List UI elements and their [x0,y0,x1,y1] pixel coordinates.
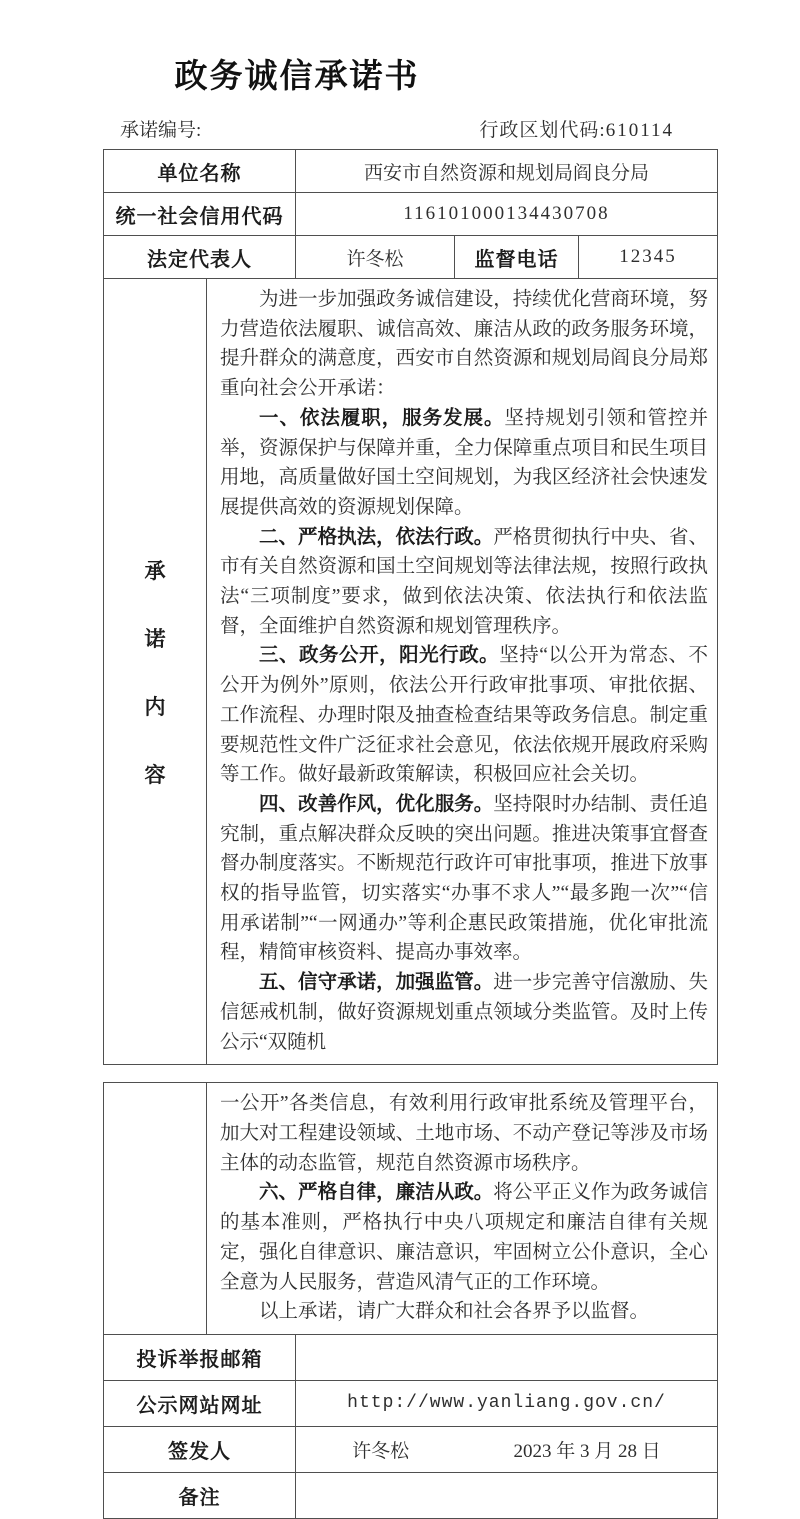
commitment-vertical-label-empty [104,1083,207,1334]
section-paragraph-1: 一、依法履职，服务发展。坚持规划引领和管控并举，资源保护与保障并重，全力保障重点… [220,404,708,523]
commitment-block-page1: 承 诺 内 容 为进一步加强政务诚信建设，持续优化营商环境，努力营造依法履职、诚… [103,278,718,1065]
vertical-label-char: 容 [145,759,166,789]
credit-code-label: 统一社会信用代码 [104,193,295,235]
admin-code: 行政区划代码:610114 [479,115,674,142]
section-paragraph-3: 三、政务公开，阳光行政。坚持“以公开为常态、不公开为例外”原则，依法公开行政审批… [220,641,708,790]
section-paragraph-4: 四、改善作风，优化服务。坚持限时办结制、责任追究制，重点解决群众反映的突出问题。… [220,790,708,968]
footer-table: 投诉举报邮箱 公示网站网址 http://www.yanliang.gov.cn… [103,1334,718,1519]
complaint-email-label: 投诉举报邮箱 [104,1335,295,1380]
page-title: 政务诚信承诺书 [0,0,697,97]
commitment-vertical-label: 承 诺 内 容 [104,279,207,1064]
section-heading-4: 四、改善作风，优化服务。 [259,794,493,815]
complaint-email-value [295,1335,717,1380]
commitment-block-page2: 一公开”各类信息，有效利用行政审批系统及管理平台，加大对工程建设领域、土地市场、… [103,1082,718,1335]
document-sheet: 承诺编号: 行政区划代码:610114 单位名称 西安市自然资源和规划局阎良分局… [103,115,718,1519]
unit-name-label: 单位名称 [104,150,295,192]
promise-number-label: 承诺编号: [120,115,201,142]
row-signer: 签发人 许冬松 2023 年 3 月 28 日 [104,1426,717,1472]
website-label: 公示网站网址 [104,1381,295,1426]
row-unit-name: 单位名称 西安市自然资源和规划局阎良分局 [104,150,717,192]
signer-name: 许冬松 [352,1436,409,1463]
commitment-content-page2: 一公开”各类信息，有效利用行政审批系统及管理平台，加大对工程建设领域、土地市场、… [207,1083,717,1334]
continuation-paragraph: 一公开”各类信息，有效利用行政审批系统及管理平台，加大对工程建设领域、土地市场、… [220,1089,708,1178]
meta-row: 承诺编号: 行政区划代码:610114 [103,115,718,142]
signer-value-cell: 许冬松 2023 年 3 月 28 日 [295,1427,717,1472]
admin-code-value: 610114 [606,120,674,141]
remarks-label: 备注 [104,1473,295,1518]
row-legal-rep: 法定代表人 许冬松 监督电话 12345 [104,235,717,278]
vertical-label-char: 诺 [145,623,166,653]
info-table: 单位名称 西安市自然资源和规划局阎良分局 统一社会信用代码 1161010001… [103,149,718,279]
website-value: http://www.yanliang.gov.cn/ [295,1381,717,1426]
row-credit-code: 统一社会信用代码 116101000134430708 [104,192,717,235]
closing-paragraph: 以上承诺，请广大群众和社会各界予以监督。 [220,1297,708,1327]
supervise-phone-value: 12345 [578,236,717,278]
signer-label: 签发人 [104,1427,295,1472]
section-heading-1: 一、依法履职，服务发展。 [259,408,504,429]
row-remarks: 备注 [104,1472,717,1518]
intro-paragraph: 为进一步加强政务诚信建设，持续优化营商环境，努力营造依法履职、诚信高效、廉洁从政… [220,285,708,404]
vertical-label-char: 承 [145,555,166,585]
section-paragraph-2: 二、严格执法，依法行政。严格贯彻执行中央、省、市有关自然资源和国土空间规划等法律… [220,523,708,642]
row-website: 公示网站网址 http://www.yanliang.gov.cn/ [104,1380,717,1426]
section-heading-5: 五、信守承诺，加强监管。 [259,972,493,993]
section-heading-3: 三、政务公开，阳光行政。 [259,645,499,666]
section-paragraph-5: 五、信守承诺，加强监管。进一步完善守信激励、失信惩戒机制，做好资源规划重点领域分… [220,968,708,1057]
legal-rep-label: 法定代表人 [104,236,295,278]
section-body-4: 坚持限时办结制、责任追究制，重点解决群众反映的突出问题。推进决策事宜督查督办制度… [220,794,708,964]
signer-date: 2023 年 3 月 28 日 [514,1436,661,1463]
section-heading-6: 六、严格自律，廉洁从政。 [259,1182,493,1203]
remarks-value [295,1473,717,1518]
section-paragraph-6: 六、严格自律，廉洁从政。将公平正义作为政务诚信的基本准则，严格执行中央八项规定和… [220,1178,708,1297]
admin-code-label: 行政区划代码: [479,120,605,141]
section-heading-2: 二、严格执法，依法行政。 [259,527,493,548]
supervise-phone-label: 监督电话 [454,236,578,278]
unit-name-value: 西安市自然资源和规划局阎良分局 [295,150,717,192]
row-complaint-email: 投诉举报邮箱 [104,1335,717,1380]
commitment-content-page1: 为进一步加强政务诚信建设，持续优化营商环境，努力营造依法履职、诚信高效、廉洁从政… [207,279,717,1064]
legal-rep-value: 许冬松 [295,236,454,278]
credit-code-value: 116101000134430708 [295,193,717,235]
vertical-label-char: 内 [145,691,166,721]
